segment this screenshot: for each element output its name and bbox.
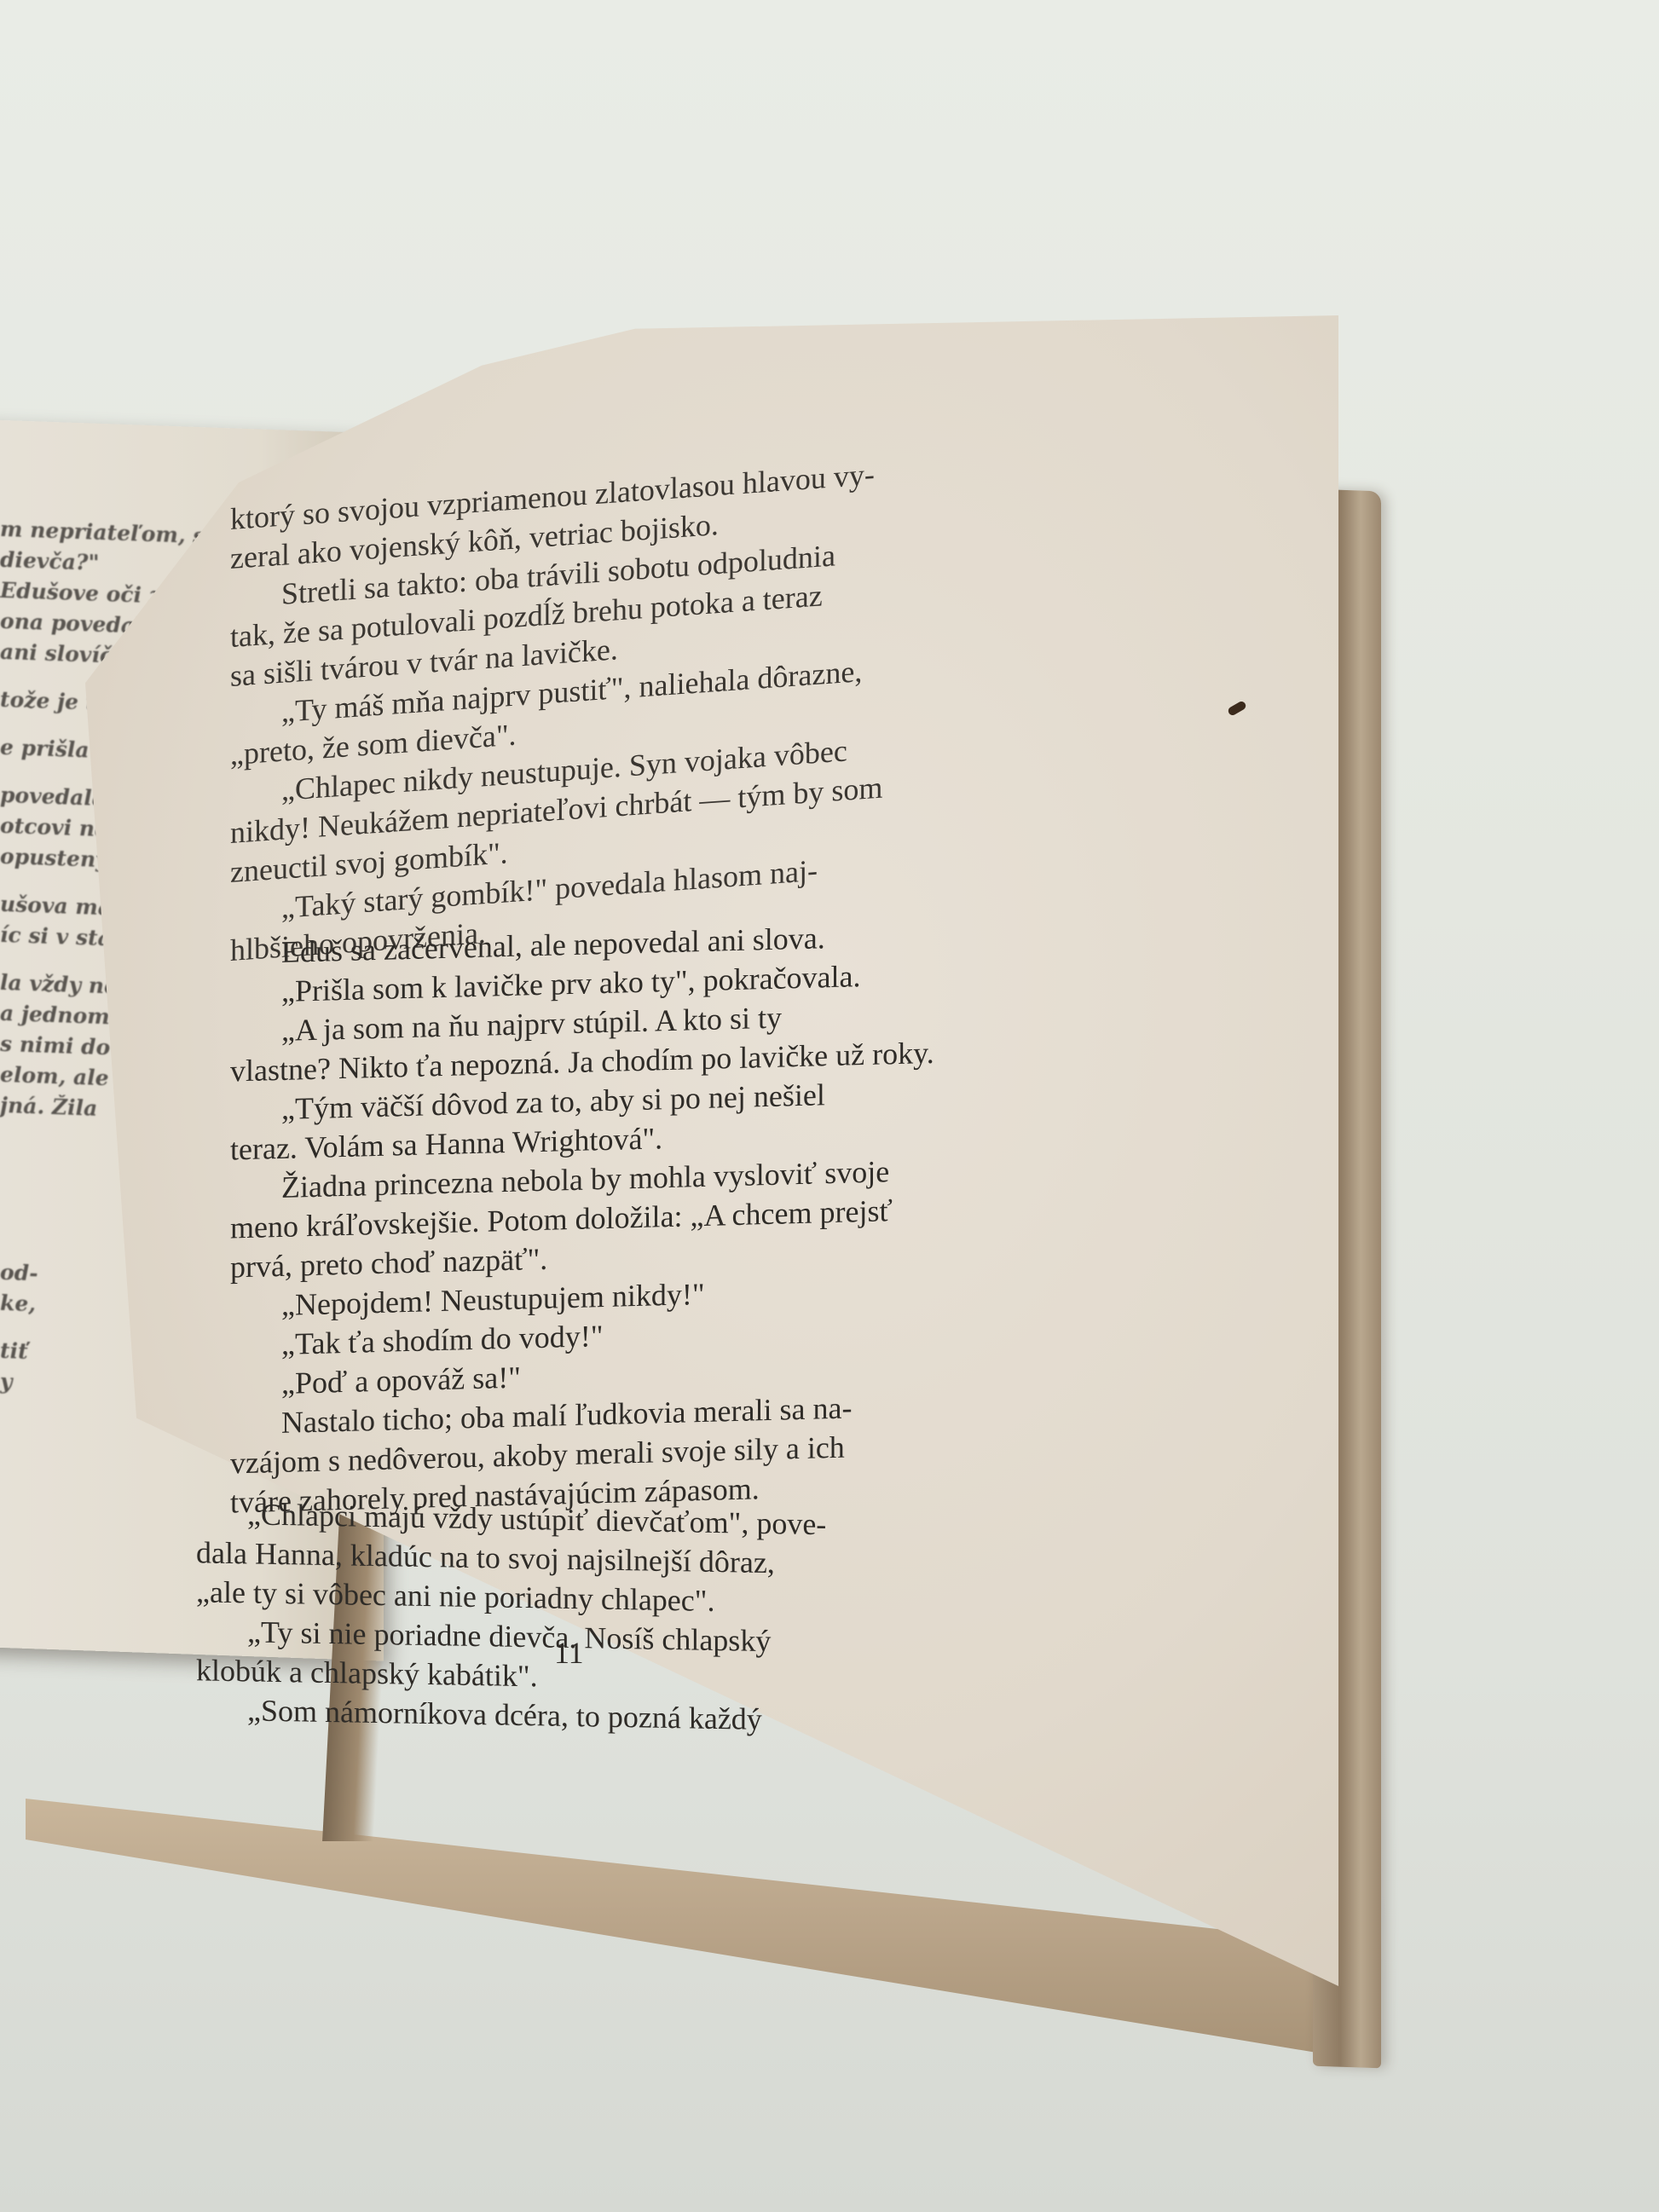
- right-page-text: ktorý so svojou vzpriamenou zlatovlasou …: [230, 435, 1108, 1729]
- photo-scene: m nepriateľom, synku! dievča?" Edušove o…: [0, 0, 1659, 2212]
- page-number: 11: [554, 1635, 584, 1671]
